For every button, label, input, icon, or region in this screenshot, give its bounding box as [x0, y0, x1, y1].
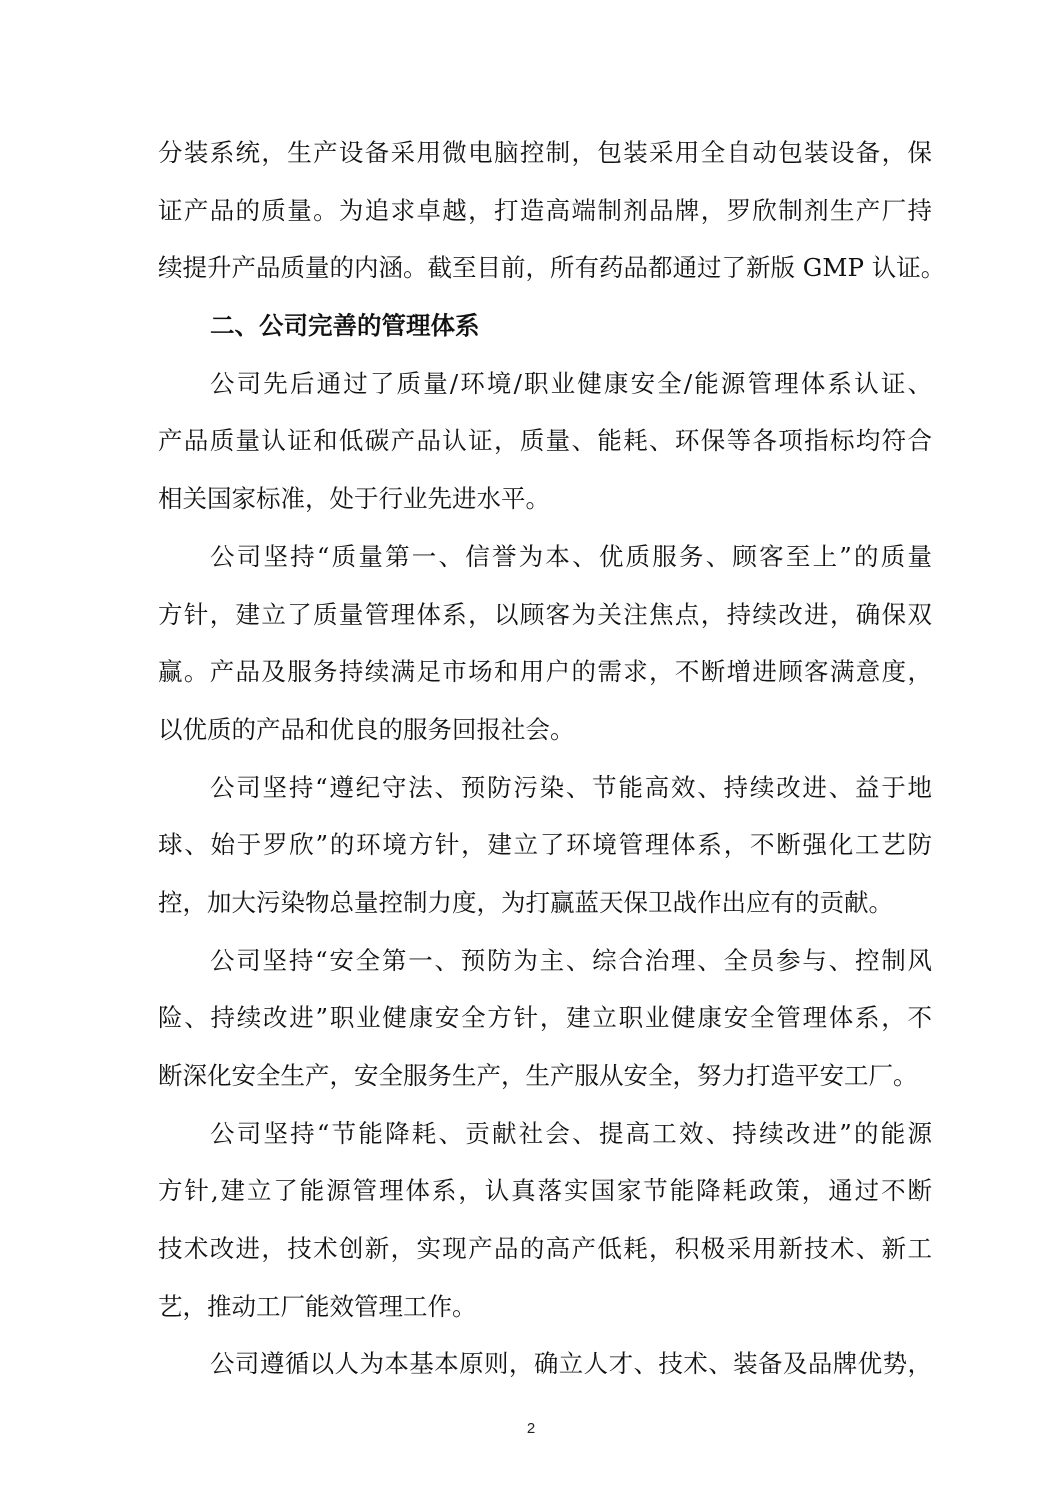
text-line: 公司先后通过了质量/环境/职业健康安全/能源管理体系认证、: [158, 355, 932, 413]
text-line: 分装系统，生产设备采用微电脑控制，包装采用全自动包装设备，保: [158, 124, 932, 182]
paragraph-people-oriented: 公司遵循以人为本基本原则，确立人才、技术、装备及品牌优势，: [158, 1335, 932, 1393]
paragraph-continuation: 分装系统，生产设备采用微电脑控制，包装采用全自动包装设备，保 证产品的质量。为追…: [158, 124, 932, 297]
text-line: 险、持续改进”职业健康安全方针，建立职业健康安全管理体系，不: [158, 989, 932, 1047]
paragraph-environment-policy: 公司坚持“遵纪守法、预防污染、节能高效、持续改进、益于地 球、始于罗欣”的环境方…: [158, 759, 932, 932]
text-line: 断深化安全生产，安全服务生产，生产服从安全，努力打造平安工厂。: [158, 1047, 932, 1105]
document-page: 分装系统，生产设备采用微电脑控制，包装采用全自动包装设备，保 证产品的质量。为追…: [0, 0, 1062, 1510]
text-line: 艺，推动工厂能效管理工作。: [158, 1278, 932, 1336]
text-line: 相关国家标准，处于行业先进水平。: [158, 470, 932, 528]
section-heading: 二、公司完善的管理体系: [158, 297, 932, 355]
document-body: 分装系统，生产设备采用微电脑控制，包装采用全自动包装设备，保 证产品的质量。为追…: [158, 124, 932, 1393]
text-line: 公司坚持“节能降耗、贡献社会、提高工效、持续改进”的能源: [158, 1105, 932, 1163]
paragraph-safety-policy: 公司坚持“安全第一、预防为主、综合治理、全员参与、控制风 险、持续改进”职业健康…: [158, 932, 932, 1105]
text-line: 公司坚持“安全第一、预防为主、综合治理、全员参与、控制风: [158, 932, 932, 990]
text-line: 赢。产品及服务持续满足市场和用户的需求，不断增进顾客满意度，: [158, 643, 932, 701]
heading-text: 二、公司完善的管理体系: [158, 297, 932, 355]
paragraph-quality-policy: 公司坚持“质量第一、信誉为本、优质服务、顾客至上”的质量 方针，建立了质量管理体…: [158, 528, 932, 759]
text-line: 控，加大污染物总量控制力度，为打赢蓝天保卫战作出应有的贡献。: [158, 874, 932, 932]
text-line: 续提升产品质量的内涵。截至目前，所有药品都通过了新版 GMP 认证。: [158, 239, 932, 297]
paragraph-energy-policy: 公司坚持“节能降耗、贡献社会、提高工效、持续改进”的能源 方针,建立了能源管理体…: [158, 1105, 932, 1336]
page-number: 2: [0, 1420, 1062, 1437]
text-line: 证产品的质量。为追求卓越，打造高端制剂品牌，罗欣制剂生产厂持: [158, 182, 932, 240]
text-line: 球、始于罗欣”的环境方针，建立了环境管理体系，不断强化工艺防: [158, 816, 932, 874]
text-line: 技术改进，技术创新，实现产品的高产低耗，积极采用新技术、新工: [158, 1220, 932, 1278]
text-line: 公司坚持“质量第一、信誉为本、优质服务、顾客至上”的质量: [158, 528, 932, 586]
text-line: 产品质量认证和低碳产品认证，质量、能耗、环保等各项指标均符合: [158, 412, 932, 470]
text-line: 方针，建立了质量管理体系，以顾客为关注焦点，持续改进，确保双: [158, 586, 932, 644]
text-line: 以优质的产品和优良的服务回报社会。: [158, 701, 932, 759]
text-line: 公司遵循以人为本基本原则，确立人才、技术、装备及品牌优势，: [158, 1335, 932, 1393]
text-line: 方针,建立了能源管理体系，认真落实国家节能降耗政策，通过不断: [158, 1162, 932, 1220]
text-line: 公司坚持“遵纪守法、预防污染、节能高效、持续改进、益于地: [158, 759, 932, 817]
paragraph-certifications: 公司先后通过了质量/环境/职业健康安全/能源管理体系认证、 产品质量认证和低碳产…: [158, 355, 932, 528]
